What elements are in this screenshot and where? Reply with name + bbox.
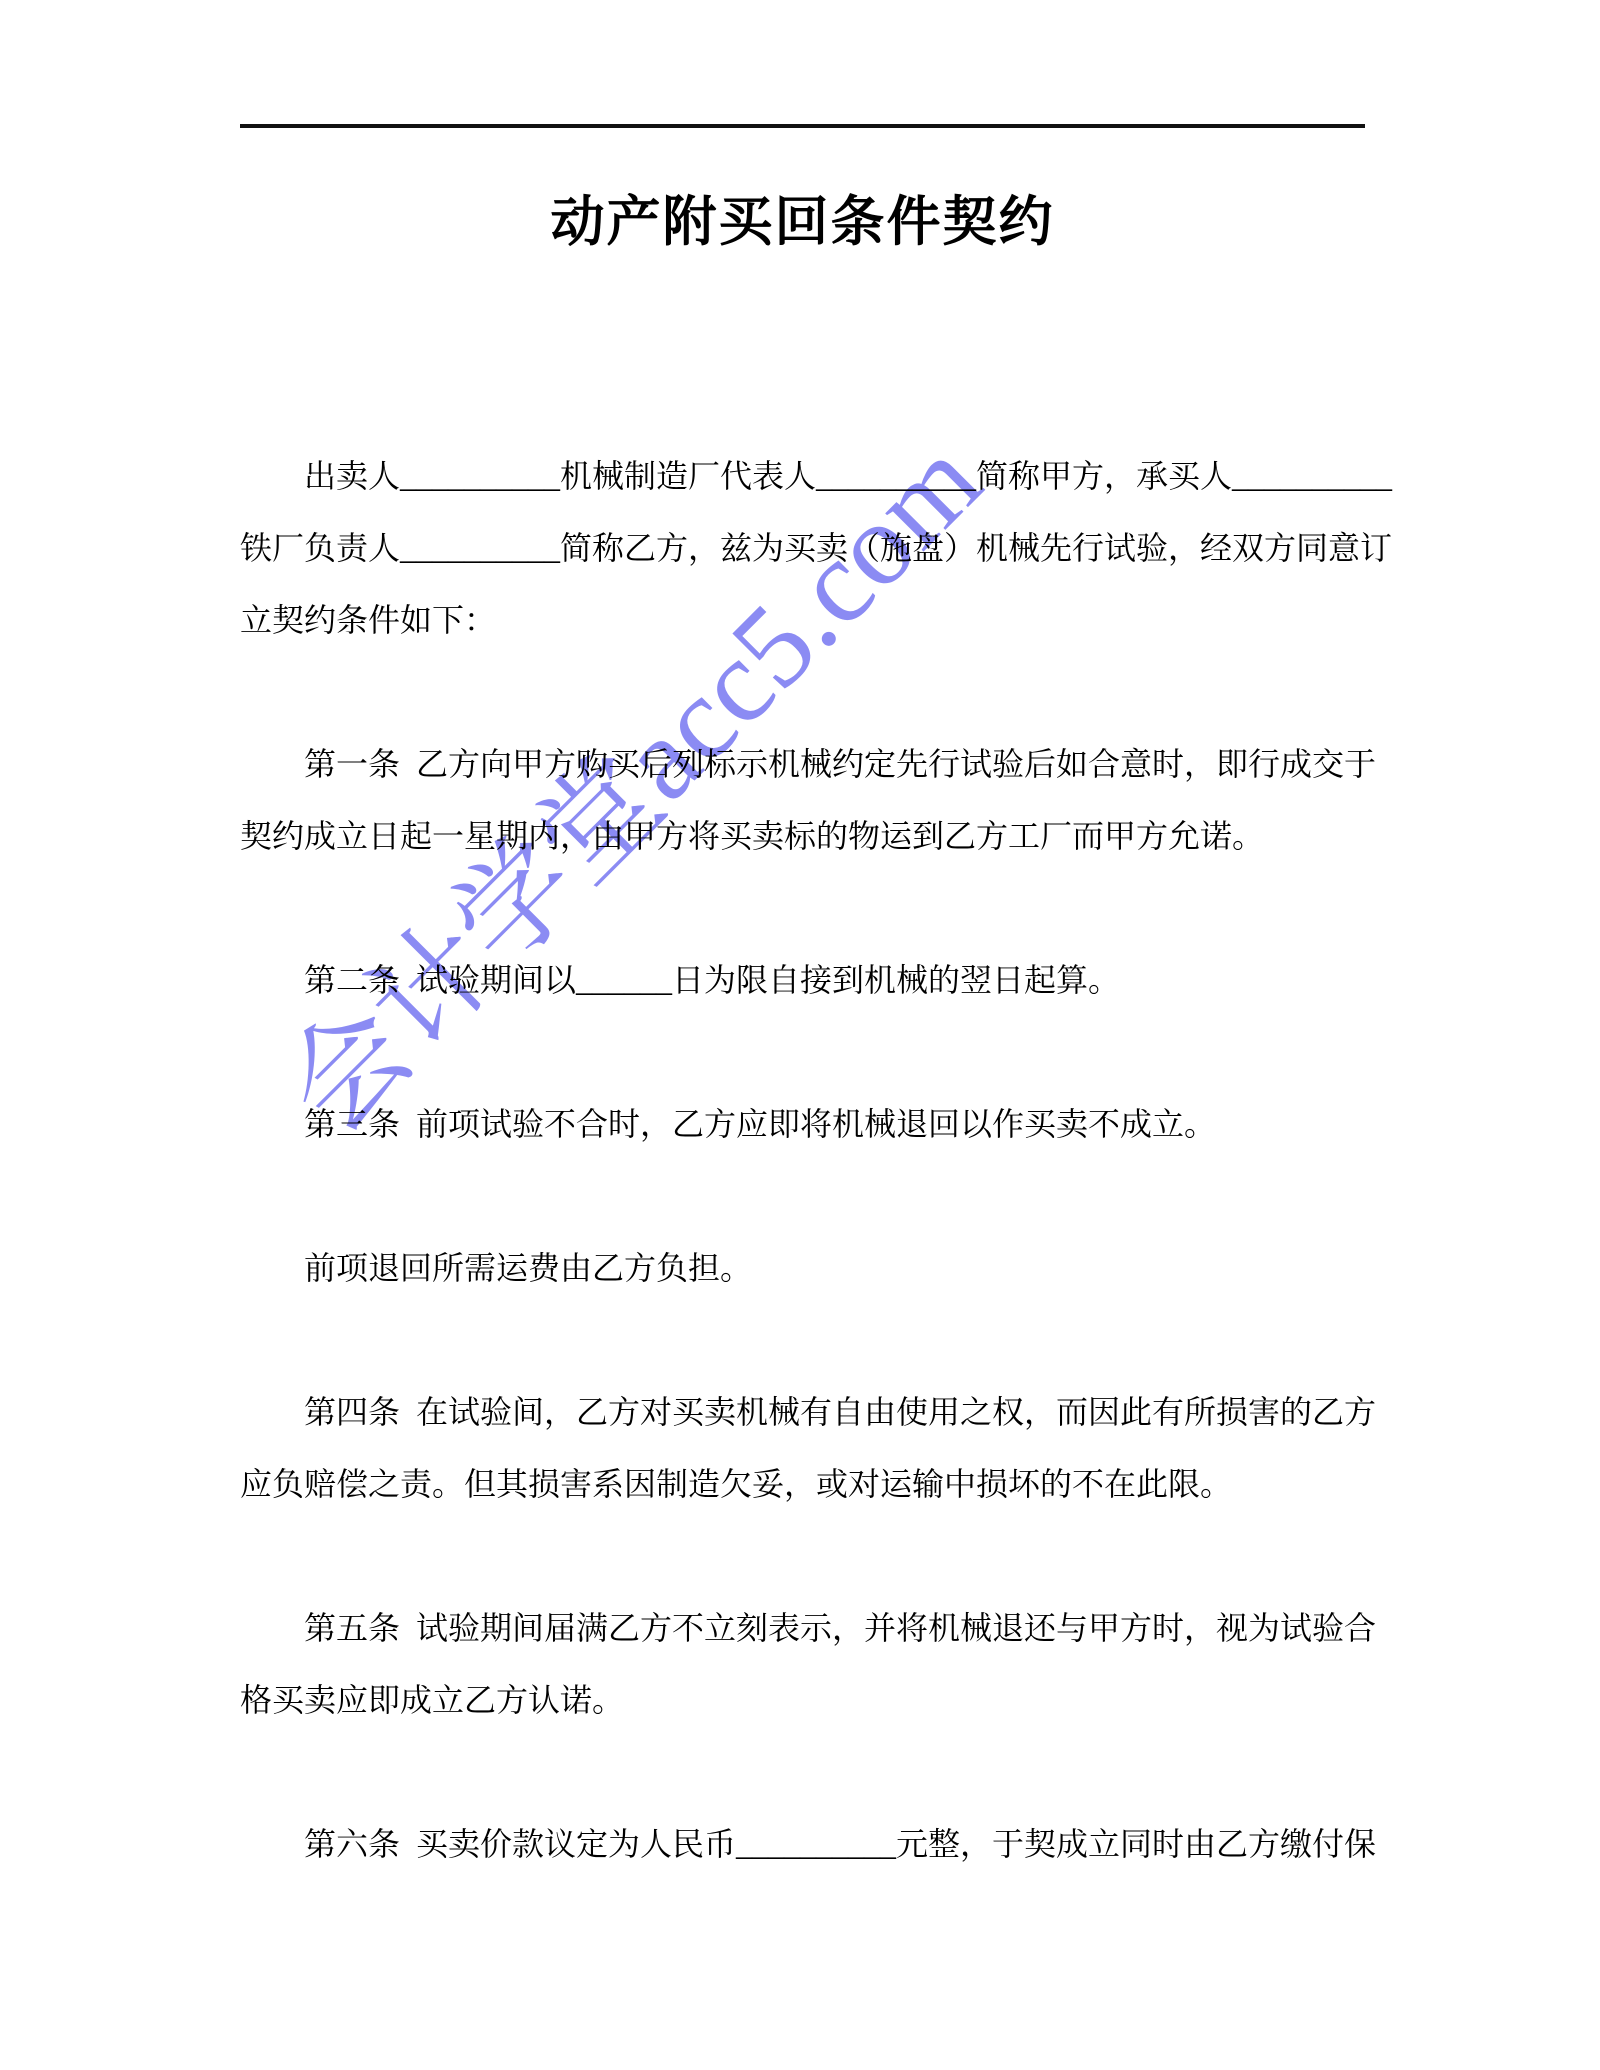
article-4-paragraph: 第四条 在试验间，乙方对买卖机械有自由使用之权，而因此有所损害的乙方 应负赔偿之… (240, 1376, 1368, 1520)
document-title: 动产附买回条件契约 (240, 188, 1365, 256)
article-5-line-2: 格买卖应即成立乙方认诺。 (240, 1664, 1368, 1736)
contract-body: 出卖人__________机械制造厂代表人__________简称甲方，承买人_… (240, 440, 1368, 1880)
article-1-line-1: 第一条 乙方向甲方购买后列标示机械约定先行试验后如合意时，即行成交于 (240, 728, 1368, 800)
article-4-line-1: 第四条 在试验间，乙方对买卖机械有自由使用之权，而因此有所损害的乙方 (240, 1376, 1368, 1448)
article-6-line-1: 第六条 买卖价款议定为人民币__________元整，于契成立同时由乙方缴付保 (240, 1808, 1368, 1880)
article-3-supplement-line-1: 前项退回所需运费由乙方负担。 (240, 1232, 1368, 1304)
preamble-line-1: 出卖人__________机械制造厂代表人__________简称甲方，承买人_… (240, 440, 1368, 512)
article-4-line-2: 应负赔偿之责。但其损害系因制造欠妥，或对运输中损坏的不在此限。 (240, 1448, 1368, 1520)
article-3-paragraph: 第三条 前项试验不合时，乙方应即将机械退回以作买卖不成立。 (240, 1088, 1368, 1160)
article-5-paragraph: 第五条 试验期间届满乙方不立刻表示，并将机械退还与甲方时，视为试验合 格买卖应即… (240, 1592, 1368, 1736)
preamble-line-3: 立契约条件如下： (240, 584, 1368, 656)
contract-page: 会计学堂acc5.com 动产附买回条件契约 出卖人__________机械制造… (0, 0, 1600, 2070)
article-3-line-1: 第三条 前项试验不合时，乙方应即将机械退回以作买卖不成立。 (240, 1088, 1368, 1160)
article-6-paragraph: 第六条 买卖价款议定为人民币__________元整，于契成立同时由乙方缴付保 (240, 1808, 1368, 1880)
header-rule (240, 124, 1365, 128)
article-2-line-1: 第二条 试验期间以______日为限自接到机械的翌日起算。 (240, 944, 1368, 1016)
article-5-line-1: 第五条 试验期间届满乙方不立刻表示，并将机械退还与甲方时，视为试验合 (240, 1592, 1368, 1664)
preamble-line-2: 铁厂负责人__________简称乙方，兹为买卖（施盘）机械先行试验，经双方同意… (240, 512, 1368, 584)
article-1-line-2: 契约成立日起一星期内，由甲方将买卖标的物运到乙方工厂而甲方允诺。 (240, 800, 1368, 872)
article-1-paragraph: 第一条 乙方向甲方购买后列标示机械约定先行试验后如合意时，即行成交于 契约成立日… (240, 728, 1368, 872)
article-3-supplement-paragraph: 前项退回所需运费由乙方负担。 (240, 1232, 1368, 1304)
preamble-paragraph: 出卖人__________机械制造厂代表人__________简称甲方，承买人_… (240, 440, 1368, 656)
article-2-paragraph: 第二条 试验期间以______日为限自接到机械的翌日起算。 (240, 944, 1368, 1016)
